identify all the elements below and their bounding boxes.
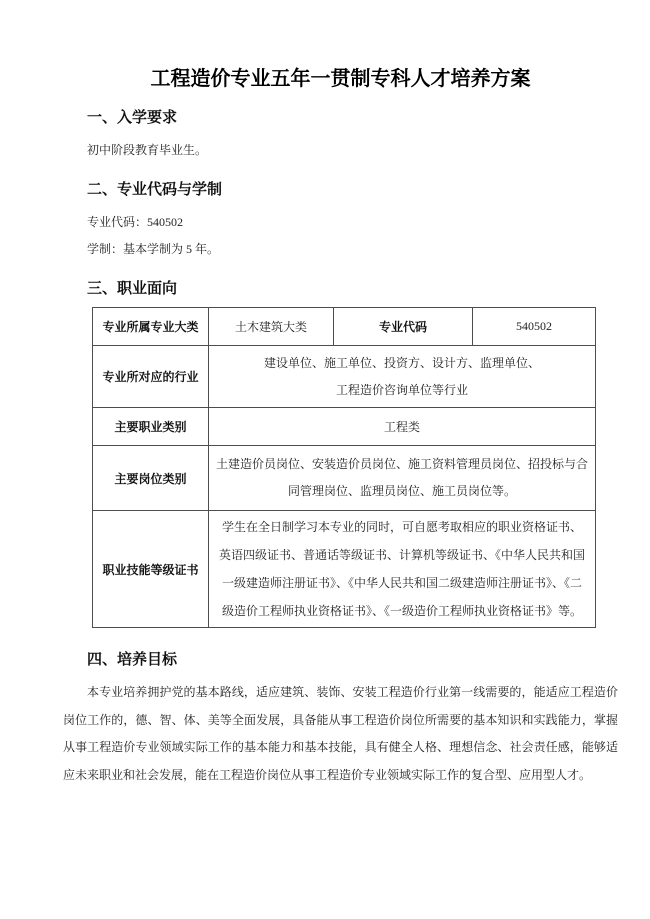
section-heading-code-duration: 二、专业代码与学制 xyxy=(87,180,618,200)
cell-post-category-label: 主要岗位类别 xyxy=(93,446,209,511)
cell-post-category-value: 土建造价员岗位、安装造价员岗位、施工资料管理员岗位、招投标与合同管理岗位、监理员… xyxy=(209,446,596,511)
cell-major-class-label: 专业所属专业大类 xyxy=(93,308,209,346)
major-code-line: 专业代码：540502 xyxy=(63,214,618,230)
cell-occupation-category-value: 工程类 xyxy=(209,408,596,446)
cell-industries-value: 建设单位、施工单位、投资方、设计方、监理单位、 工程造价咨询单位等行业 xyxy=(209,346,596,408)
section-heading-career-orientation: 三、职业面向 xyxy=(87,279,618,299)
table-row: 专业所属专业大类 土木建筑大类 专业代码 540502 xyxy=(93,308,596,346)
admission-requirement-text: 初中阶段教育毕业生。 xyxy=(63,142,618,158)
cell-occupation-category-label: 主要职业类别 xyxy=(93,408,209,446)
career-orientation-table: 专业所属专业大类 土木建筑大类 专业代码 540502 专业所对应的行业 建设单… xyxy=(92,307,596,628)
cell-certificates-value: 学生在全日制学习本专业的同时，可自愿考取相应的职业资格证书、英语四级证书、普通话… xyxy=(209,511,596,628)
cell-major-code-value: 540502 xyxy=(473,308,596,346)
section-heading-training-objectives: 四、培养目标 xyxy=(87,650,618,670)
document-page: 工程造价专业五年一贯制专科人才培养方案 一、入学要求 初中阶段教育毕业生。 二、… xyxy=(0,0,650,919)
table-row: 主要岗位类别 土建造价员岗位、安装造价员岗位、施工资料管理员岗位、招投标与合同管… xyxy=(93,446,596,511)
section-heading-admission: 一、入学要求 xyxy=(87,108,618,128)
cell-major-code-label: 专业代码 xyxy=(334,308,473,346)
table-row: 职业技能等级证书 学生在全日制学习本专业的同时，可自愿考取相应的职业资格证书、英… xyxy=(93,511,596,628)
cell-major-class-value: 土木建筑大类 xyxy=(209,308,334,346)
table-row: 主要职业类别 工程类 xyxy=(93,408,596,446)
cell-industries-label: 专业所对应的行业 xyxy=(93,346,209,408)
table-row: 专业所对应的行业 建设单位、施工单位、投资方、设计方、监理单位、 工程造价咨询单… xyxy=(93,346,596,408)
cell-certificates-label: 职业技能等级证书 xyxy=(93,511,209,628)
schooling-duration-line: 学制：基本学制为 5 年。 xyxy=(63,241,618,257)
document-title: 工程造价专业五年一贯制专科人才培养方案 xyxy=(63,66,618,92)
training-objectives-text: 本专业培养拥护党的基本路线，适应建筑、装饰、安装工程造价行业第一线需要的，能适应… xyxy=(63,679,618,789)
